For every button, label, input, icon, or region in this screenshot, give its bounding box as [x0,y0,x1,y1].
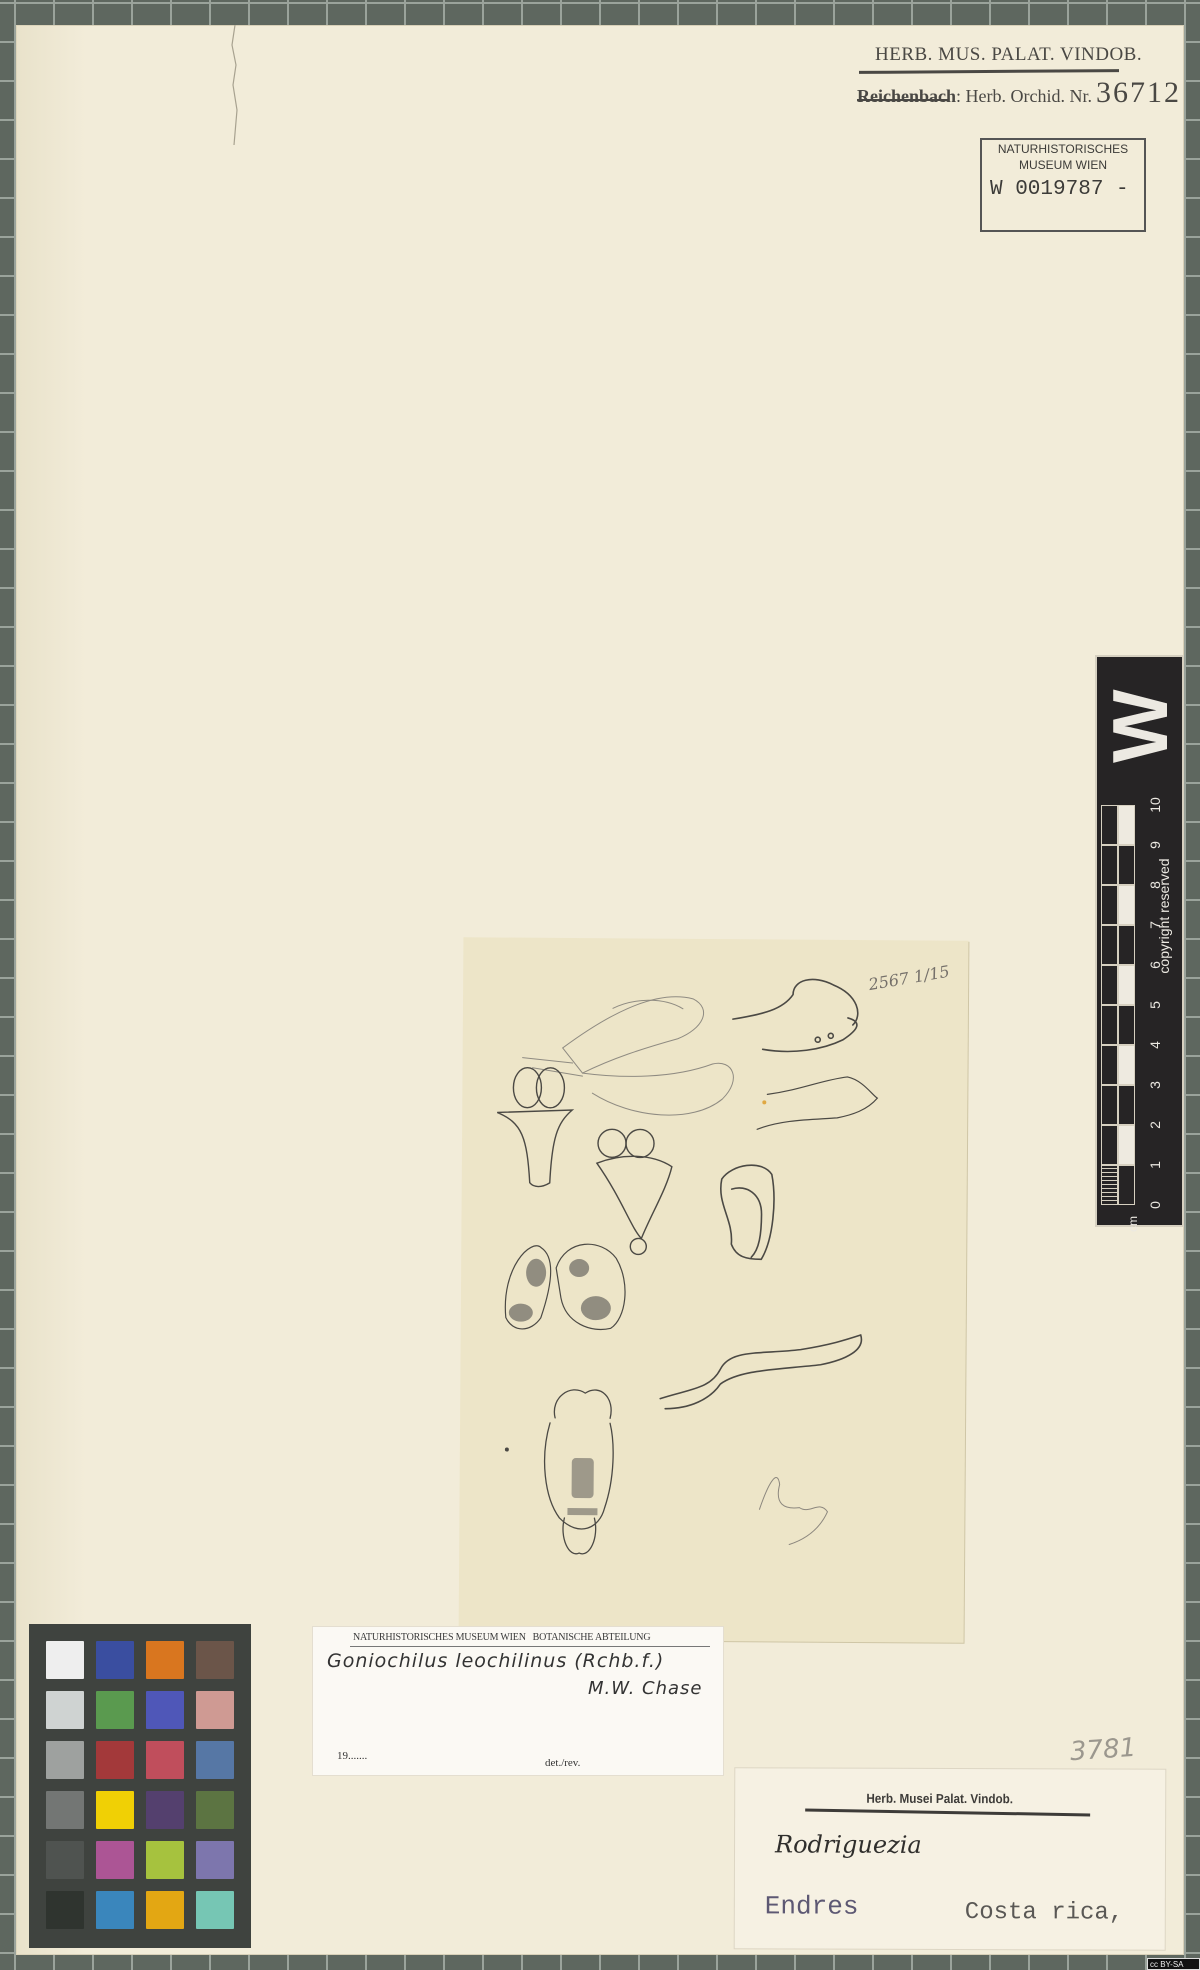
drawing-card: 2567 1/15 [459,937,969,1643]
ruler-segment [1101,925,1118,965]
tick-label: 1 [1147,1155,1163,1175]
tick-label: 7 [1147,915,1163,935]
color-calibration-chart [29,1624,251,1948]
ruler-segment [1101,1045,1118,1085]
ruler-segment [1101,805,1118,845]
color-swatch [96,1891,134,1929]
stamp-title: HERB. MUS. PALAT. VINDOB. [875,44,1142,66]
locality: Costa rica, [965,1899,1124,1927]
ruler-segment [1101,1125,1118,1165]
pencil-number: 3781 [1069,1733,1137,1768]
ruler: 0 1 2 3 4 5 6 7 8 9 10 cm [1101,805,1137,1205]
stamp-line2: Reichenbach: Herb. Orchid. Nr.36712 [857,76,1181,110]
color-swatch [46,1891,84,1929]
color-swatch [196,1691,234,1729]
scale-logo: W [1085,693,1195,763]
tick-label: 0 [1147,1195,1163,1215]
tick-label: 5 [1147,995,1163,1015]
herbarium-label: Herb. Musei Palat. Vindob. Rodriguezia E… [735,1768,1166,1950]
ruler-segment [1118,1085,1135,1125]
ruler-segment [1118,885,1135,925]
color-swatch [96,1691,134,1729]
color-swatch [46,1741,84,1779]
det-header-right: BOTANISCHE ABTEILUNG [533,1632,651,1643]
color-swatch [196,1741,234,1779]
tick-label: 6 [1147,955,1163,975]
tick-label: 10 [1147,795,1163,815]
tick-label: 9 [1147,835,1163,855]
ruler-segment [1118,805,1135,845]
ruler-mm-segment [1101,1165,1118,1205]
catalog-number: W 0019787 - [990,178,1144,201]
tick-label: 8 [1147,875,1163,895]
det-rule [350,1646,710,1647]
year-field: 19....... [337,1750,367,1762]
color-swatch [146,1691,184,1729]
color-swatch [96,1641,134,1679]
taxon-determiner: M.W. Chase [588,1678,702,1699]
color-swatch [146,1741,184,1779]
color-swatch [196,1791,234,1829]
color-swatch [46,1691,84,1729]
color-swatch [46,1641,84,1679]
taxon-name: Goniochilus leochilinus (Rchb.f.) [327,1650,664,1672]
orchid-sketches [459,937,969,1643]
color-swatch [96,1791,134,1829]
herb-label-rule [805,1809,1090,1817]
color-swatch [146,1841,184,1879]
catalog-institution-line2: MUSEUM WIEN [982,159,1144,172]
unit-label: cm [1126,1214,1140,1234]
ruler-segment [1101,1005,1118,1045]
ruler-segment [1101,845,1118,885]
ruler-segment [1101,965,1118,1005]
color-swatch [196,1841,234,1879]
color-swatch [46,1791,84,1829]
color-swatch [196,1641,234,1679]
ruler-segment [1118,1125,1135,1165]
catalog-stamp: NATURHISTORISCHES MUSEUM WIEN W 0019787 … [980,138,1146,232]
tick-label: 4 [1147,1035,1163,1055]
genus-name: Rodriguezia [775,1830,922,1859]
tick-label: 2 [1147,1115,1163,1135]
determination-label: NATURHISTORISCHES MUSEUM WIEN BOTANISCHE… [313,1627,723,1775]
catalog-institution: NATURHISTORISCHES [982,143,1144,156]
det-header: NATURHISTORISCHES MUSEUM WIEN BOTANISCHE… [353,1632,650,1643]
ruler-segment [1101,885,1118,925]
tick-label: 3 [1147,1075,1163,1095]
ruler-segment [1118,965,1135,1005]
collector-name: Endres [765,1891,859,1921]
stamp-prefix: Reichenbach [857,86,956,106]
color-swatch [146,1641,184,1679]
color-swatch [96,1841,134,1879]
scale-bar: W copyright reserved 0 1 2 3 4 5 6 7 8 9… [1095,655,1184,1227]
color-swatch [96,1741,134,1779]
det-header-left: NATURHISTORISCHES MUSEUM WIEN [353,1632,526,1643]
stamp-text: : Herb. Orchid. Nr. [956,86,1092,106]
ruler-segment [1101,1085,1118,1125]
ruler-segment [1118,1165,1135,1205]
color-swatch [46,1841,84,1879]
ruler-segment [1118,1045,1135,1085]
color-swatch [196,1891,234,1929]
stamp-number: 36712 [1096,76,1181,109]
stamp-underline [857,99,949,101]
ruler-segment [1118,1005,1135,1045]
ruler-segment [1118,845,1135,885]
det-rev-field: det./rev. [545,1757,580,1769]
color-swatch [146,1891,184,1929]
herb-label-header: Herb. Musei Palat. Vindob. [866,1791,1013,1807]
license-badge: cc BY-SA [1147,1958,1200,1970]
paper-tear [230,25,240,145]
ruler-segment [1118,925,1135,965]
color-swatch [146,1791,184,1829]
